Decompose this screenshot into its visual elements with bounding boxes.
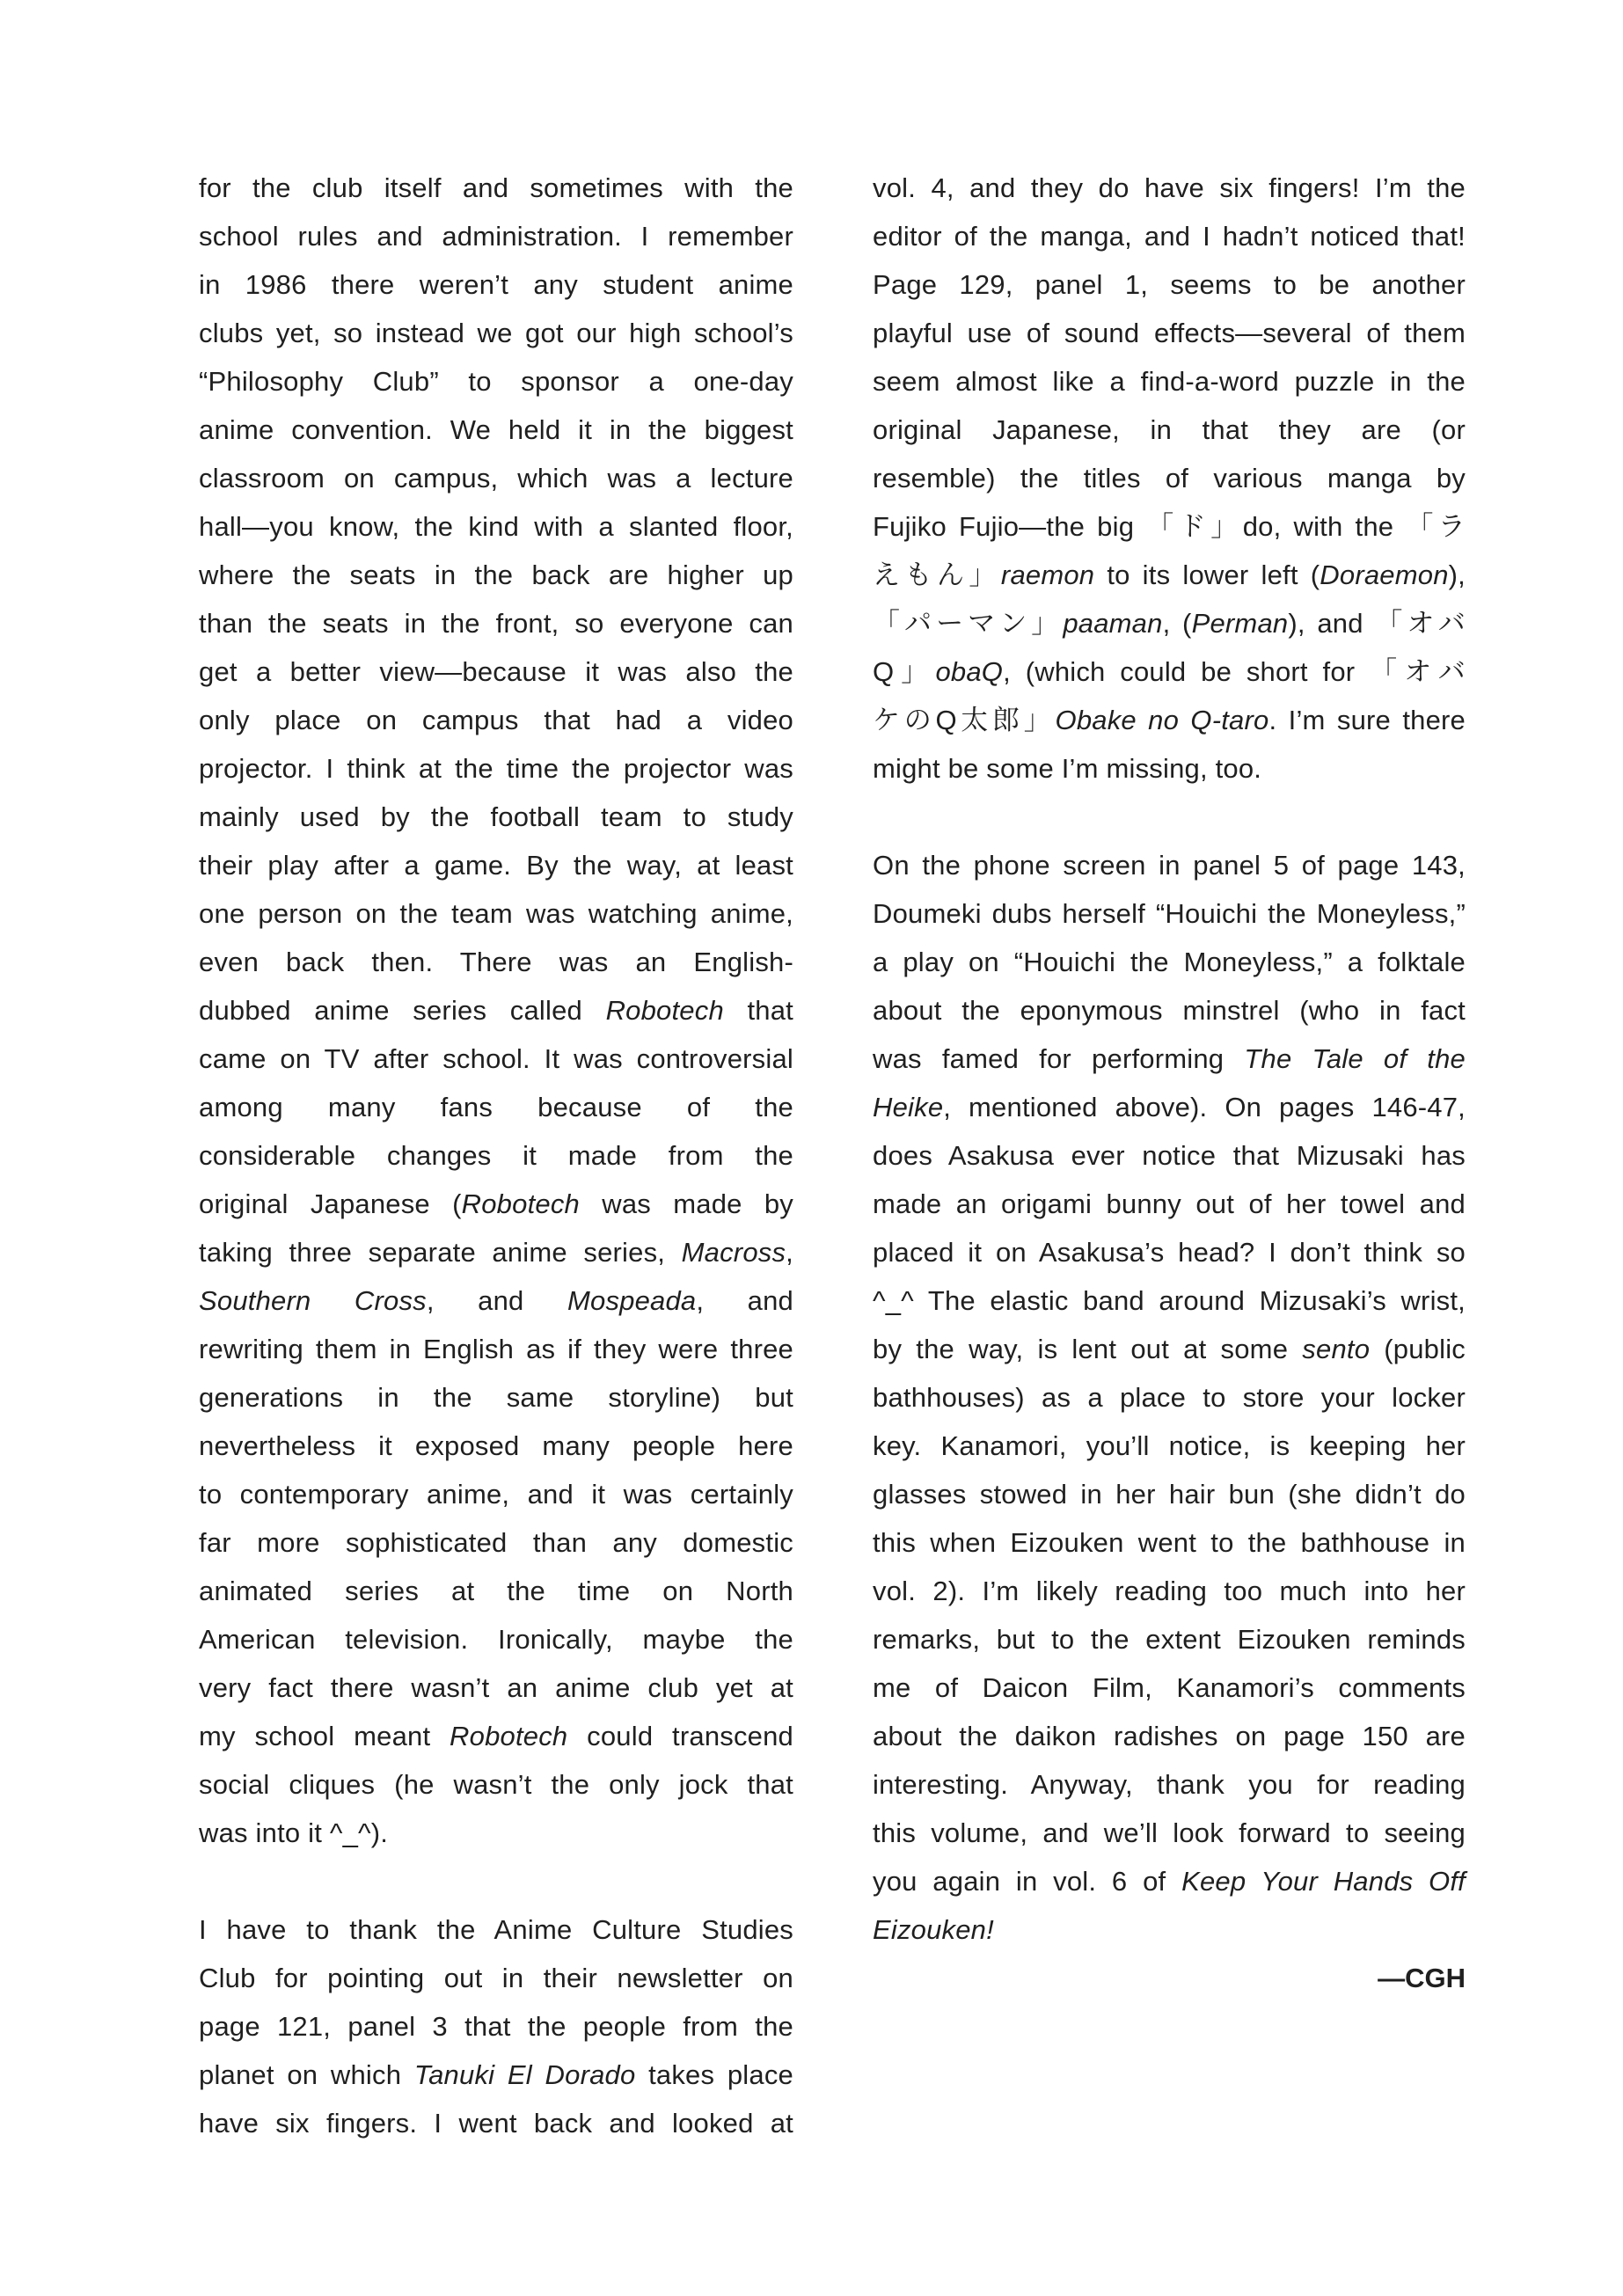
text-line: does Asakusa ever notice that Mizusaki h… — [873, 1131, 1466, 1180]
text-run: Fujiko Fujio—the big 「ド」do, with the 「ラ — [873, 511, 1466, 542]
italic-title: Perman — [1192, 608, 1289, 639]
text-line: Doumeki dubs herself “Houichi the Moneyl… — [873, 889, 1466, 938]
text-run: considerable changes it made from the — [199, 1140, 793, 1171]
text-line: editor of the manga, and I hadn’t notice… — [873, 212, 1466, 260]
text-line: generations in the same storyline) but — [199, 1373, 793, 1422]
text-run: a play on “Houichi the Moneyless,” a fol… — [873, 947, 1466, 977]
text-line: interesting. Anyway, thank you for readi… — [873, 1760, 1466, 1809]
italic-title: Robotech — [450, 1721, 567, 1751]
text-run: , ( — [1163, 608, 1192, 639]
text-run: school rules and administration. I remem… — [199, 221, 793, 252]
text-line: Eizouken! — [873, 1905, 1466, 1954]
text-line: bathhouses) as a place to store your loc… — [873, 1373, 1466, 1422]
text-run: original Japanese ( — [199, 1188, 462, 1219]
text-run: even back then. There was an English- — [199, 947, 793, 977]
text-run: dubbed anime series called — [199, 995, 606, 1026]
text-line: among many fans because of the — [199, 1083, 793, 1131]
text-line: Page 129, panel 1, seems to be another — [873, 260, 1466, 309]
text-line: planet on which Tanuki El Dorado takes p… — [199, 2051, 793, 2099]
text-run: that — [724, 995, 793, 1026]
italic-title: Tanuki El Dorado — [414, 2059, 636, 2090]
italic-title: Macross — [682, 1237, 786, 1268]
text-line: might be some I’m missing, too. — [873, 744, 1466, 793]
paragraph-spacer — [873, 793, 1466, 841]
text-run: (public — [1370, 1334, 1466, 1364]
text-run: by the way, is lent out at some — [873, 1334, 1302, 1364]
right-column: vol. 4, and they do have six fingers! I’… — [873, 164, 1466, 1954]
text-line: seem almost like a find-a-word puzzle in… — [873, 357, 1466, 406]
text-run: this volume, and we’ll look forward to s… — [873, 1817, 1466, 1848]
text-line: resemble) the titles of various manga by — [873, 454, 1466, 502]
text-run: 「パーマン」 — [873, 608, 1063, 639]
text-run: Q」 — [873, 656, 935, 687]
text-run: ケのQ太郎」 — [873, 705, 1056, 735]
text-line: key. Kanamori, you’ll notice, is keeping… — [873, 1422, 1466, 1470]
text-run: for the club itself and sometimes with t… — [199, 172, 793, 203]
text-run: resemble) the titles of various manga by — [873, 463, 1466, 494]
text-run: I have to thank the Anime Culture Studie… — [199, 1914, 793, 1945]
text-line: vol. 4, and they do have six fingers! I’… — [873, 164, 1466, 212]
text-run: Doumeki dubs herself “Houichi the Moneyl… — [873, 898, 1466, 929]
text-run: ^_^ The elastic band around Mizusaki’s w… — [873, 1285, 1466, 1316]
text-line: about the eponymous minstrel (who in fac… — [873, 986, 1466, 1035]
text-run: only place on campus that had a video — [199, 705, 793, 735]
text-line: original Japanese (Robotech was made by — [199, 1180, 793, 1228]
text-line: glasses stowed in her hair bun (she didn… — [873, 1470, 1466, 1518]
text-run: made an origami bunny out of her towel a… — [873, 1188, 1466, 1219]
text-run: えもん」 — [873, 559, 1001, 590]
text-run: where the seats in the back are higher u… — [199, 559, 793, 590]
text-run: get a better view—because it was also th… — [199, 656, 793, 687]
text-run: to its lower left ( — [1094, 559, 1320, 590]
text-line: this when Eizouken went to the bathhouse… — [873, 1518, 1466, 1567]
text-line: projector. I think at the time the proje… — [199, 744, 793, 793]
text-line: was into it ^_^). — [199, 1809, 793, 1857]
text-line: ^_^ The elastic band around Mizusaki’s w… — [873, 1276, 1466, 1325]
text-run: about the daikon radishes on page 150 ar… — [873, 1721, 1466, 1751]
text-line: page 121, panel 3 that the people from t… — [199, 2002, 793, 2051]
text-run: Page 129, panel 1, seems to be another — [873, 269, 1466, 300]
text-run: have six fingers. I went back and looked… — [199, 2108, 793, 2139]
text-run: than the seats in the front, so everyone… — [199, 608, 793, 639]
text-run: ), — [1449, 559, 1466, 590]
text-run: editor of the manga, and I hadn’t notice… — [873, 221, 1466, 252]
italic-title: raemon — [1001, 559, 1094, 590]
text-line: made an origami bunny out of her towel a… — [873, 1180, 1466, 1228]
text-line: dubbed anime series called Robotech that — [199, 986, 793, 1035]
text-run: was into it ^_^). — [199, 1817, 388, 1848]
italic-title: The Tale of the — [1244, 1043, 1466, 1074]
italic-title: Robotech — [462, 1188, 580, 1219]
text-run: far more sophisticated than any domestic — [199, 1527, 793, 1558]
text-line: classroom on campus, which was a lecture — [199, 454, 793, 502]
text-run: was made by — [580, 1188, 793, 1219]
text-line: hall—you know, the kind with a slanted f… — [199, 502, 793, 551]
left-column: for the club itself and sometimes with t… — [199, 164, 793, 2147]
text-line: Club for pointing out in their newslette… — [199, 1954, 793, 2002]
text-run: vol. 2). I’m likely reading too much int… — [873, 1576, 1466, 1606]
text-run: On the phone screen in panel 5 of page 1… — [873, 850, 1466, 881]
text-line: mainly used by the football team to stud… — [199, 793, 793, 841]
text-run: might be some I’m missing, too. — [873, 753, 1261, 784]
text-line: Q」obaQ, (which could be short for 「オバ — [873, 647, 1466, 696]
text-run: to contemporary anime, and it was certai… — [199, 1479, 793, 1510]
text-run: planet on which — [199, 2059, 414, 2090]
text-line: get a better view—because it was also th… — [199, 647, 793, 696]
text-line: ケのQ太郎」Obake no Q-taro. I’m sure there — [873, 696, 1466, 744]
italic-title: Heike — [873, 1092, 943, 1122]
text-run: does Asakusa ever notice that Mizusaki h… — [873, 1140, 1466, 1171]
text-run: page 121, panel 3 that the people from t… — [199, 2011, 793, 2042]
italic-title: Obake no Q-taro — [1056, 705, 1269, 735]
text-run: came on TV after school. It was controve… — [199, 1043, 793, 1074]
italic-title: Keep Your Hands Off — [1181, 1866, 1466, 1897]
text-line: Fujiko Fujio—the big 「ド」do, with the 「ラ — [873, 502, 1466, 551]
text-line: was famed for performing The Tale of the — [873, 1035, 1466, 1083]
text-run: interesting. Anyway, thank you for readi… — [873, 1769, 1466, 1800]
text-run: projector. I think at the time the proje… — [199, 753, 793, 784]
text-line: me of Daicon Film, Kanamori’s comments — [873, 1664, 1466, 1712]
text-run: bathhouses) as a place to store your loc… — [873, 1382, 1466, 1413]
text-line: only place on campus that had a video — [199, 696, 793, 744]
text-line: American television. Ironically, maybe t… — [199, 1615, 793, 1664]
text-line: for the club itself and sometimes with t… — [199, 164, 793, 212]
text-run: Club for pointing out in their newslette… — [199, 1963, 793, 1993]
text-line: very fact there wasn’t an anime club yet… — [199, 1664, 793, 1712]
text-run: nevertheless it exposed many people here — [199, 1430, 793, 1461]
text-run: , and — [696, 1285, 793, 1316]
text-line: remarks, but to the extent Eizouken remi… — [873, 1615, 1466, 1664]
text-line: you again in vol. 6 of Keep Your Hands O… — [873, 1857, 1466, 1905]
text-run: animated series at the time on North — [199, 1576, 793, 1606]
text-line: placed it on Asakusa’s head? I don’t thi… — [873, 1228, 1466, 1276]
text-run: rewriting them in English as if they wer… — [199, 1334, 793, 1364]
text-run: playful use of sound effects—several of … — [873, 318, 1466, 348]
text-run: you again in vol. 6 of — [873, 1866, 1181, 1897]
text-line: vol. 2). I’m likely reading too much int… — [873, 1567, 1466, 1615]
text-run: was famed for performing — [873, 1043, 1244, 1074]
italic-title: Doraemon — [1320, 559, 1448, 590]
paragraph-spacer — [199, 1857, 793, 1905]
text-run: one person on the team was watching anim… — [199, 898, 793, 929]
italic-title: obaQ — [935, 656, 1003, 687]
text-line: one person on the team was watching anim… — [199, 889, 793, 938]
text-run: takes place — [635, 2059, 793, 2090]
text-line: school rules and administration. I remem… — [199, 212, 793, 260]
text-line: than the seats in the front, so everyone… — [199, 599, 793, 647]
text-run: my school meant — [199, 1721, 450, 1751]
text-line: a play on “Houichi the Moneyless,” a fol… — [873, 938, 1466, 986]
text-run: could transcend — [567, 1721, 793, 1751]
text-line: have six fingers. I went back and looked… — [199, 2099, 793, 2147]
text-line: Southern Cross, and Mospeada, and — [199, 1276, 793, 1325]
text-line: 「パーマン」paaman, (Perman), and 「オバ — [873, 599, 1466, 647]
text-line: my school meant Robotech could transcend — [199, 1712, 793, 1760]
italic-title: Eizouken! — [873, 1914, 994, 1945]
text-run: ), and 「オバ — [1288, 608, 1466, 639]
text-line: I have to thank the Anime Culture Studie… — [199, 1905, 793, 1954]
text-line: “Philosophy Club” to sponsor a one-day — [199, 357, 793, 406]
text-line: rewriting them in English as if they wer… — [199, 1325, 793, 1373]
text-run: “Philosophy Club” to sponsor a one-day — [199, 366, 793, 397]
text-run: American television. Ironically, maybe t… — [199, 1624, 793, 1655]
text-run: this when Eizouken went to the bathhouse… — [873, 1527, 1466, 1558]
text-run: generations in the same storyline) but — [199, 1382, 793, 1413]
document-page: for the club itself and sometimes with t… — [0, 0, 1623, 2296]
text-run: , mentioned above). On pages 146-47, — [943, 1092, 1466, 1122]
text-line: nevertheless it exposed many people here — [199, 1422, 793, 1470]
text-line: about the daikon radishes on page 150 ar… — [873, 1712, 1466, 1760]
text-run: glasses stowed in her hair bun (she didn… — [873, 1479, 1466, 1510]
text-line: to contemporary anime, and it was certai… — [199, 1470, 793, 1518]
italic-title: sento — [1302, 1334, 1370, 1364]
text-run: social cliques (he wasn’t the only jock … — [199, 1769, 793, 1800]
text-run: clubs yet, so instead we got our high sc… — [199, 318, 793, 348]
text-run: classroom on campus, which was a lecture — [199, 463, 793, 494]
text-run: about the eponymous minstrel (who in fac… — [873, 995, 1466, 1026]
text-line: even back then. There was an English- — [199, 938, 793, 986]
text-line: えもん」raemon to its lower left (Doraemon), — [873, 551, 1466, 599]
text-line: On the phone screen in panel 5 of page 1… — [873, 841, 1466, 889]
text-run: their play after a game. By the way, at … — [199, 850, 793, 881]
text-line: anime convention. We held it in the bigg… — [199, 406, 793, 454]
text-run: anime convention. We held it in the bigg… — [199, 414, 793, 445]
text-run: remarks, but to the extent Eizouken remi… — [873, 1624, 1466, 1655]
text-run: among many fans because of the — [199, 1092, 793, 1122]
text-run: taking three separate anime series, — [199, 1237, 682, 1268]
text-run: very fact there wasn’t an anime club yet… — [199, 1672, 793, 1703]
text-run: vol. 4, and they do have six fingers! I’… — [873, 172, 1466, 203]
text-run: placed it on Asakusa’s head? I don’t thi… — [873, 1237, 1466, 1268]
text-line: taking three separate anime series, Macr… — [199, 1228, 793, 1276]
text-run: original Japanese, in that they are (or — [873, 414, 1466, 445]
text-line: Heike, mentioned above). On pages 146-47… — [873, 1083, 1466, 1131]
text-run: seem almost like a find-a-word puzzle in… — [873, 366, 1466, 397]
text-line: animated series at the time on North — [199, 1567, 793, 1615]
text-line: considerable changes it made from the — [199, 1131, 793, 1180]
italic-title: paaman — [1063, 608, 1162, 639]
text-line: this volume, and we’ll look forward to s… — [873, 1809, 1466, 1857]
text-run: hall—you know, the kind with a slanted f… — [199, 511, 793, 542]
text-run: mainly used by the football team to stud… — [199, 801, 793, 832]
text-run: in 1986 there weren’t any student anime — [199, 269, 793, 300]
text-run: key. Kanamori, you’ll notice, is keeping… — [873, 1430, 1466, 1461]
text-run: , — [786, 1237, 793, 1268]
text-line: by the way, is lent out at some sento (p… — [873, 1325, 1466, 1373]
italic-title: Robotech — [606, 995, 724, 1026]
italic-title: Southern Cross — [199, 1285, 427, 1316]
text-line: where the seats in the back are higher u… — [199, 551, 793, 599]
text-line: came on TV after school. It was controve… — [199, 1035, 793, 1083]
text-line: playful use of sound effects—several of … — [873, 309, 1466, 357]
italic-title: Mospeada — [567, 1285, 696, 1316]
text-line: original Japanese, in that they are (or — [873, 406, 1466, 454]
author-signature: —CGH — [873, 1954, 1466, 2002]
text-run: , and — [427, 1285, 567, 1316]
text-line: in 1986 there weren’t any student anime — [199, 260, 793, 309]
text-run: , (which could be short for 「オバ — [1003, 656, 1466, 687]
text-run: . I’m sure there — [1268, 705, 1466, 735]
text-line: social cliques (he wasn’t the only jock … — [199, 1760, 793, 1809]
text-line: clubs yet, so instead we got our high sc… — [199, 309, 793, 357]
text-line: their play after a game. By the way, at … — [199, 841, 793, 889]
text-run: me of Daicon Film, Kanamori’s comments — [873, 1672, 1466, 1703]
text-line: far more sophisticated than any domestic — [199, 1518, 793, 1567]
